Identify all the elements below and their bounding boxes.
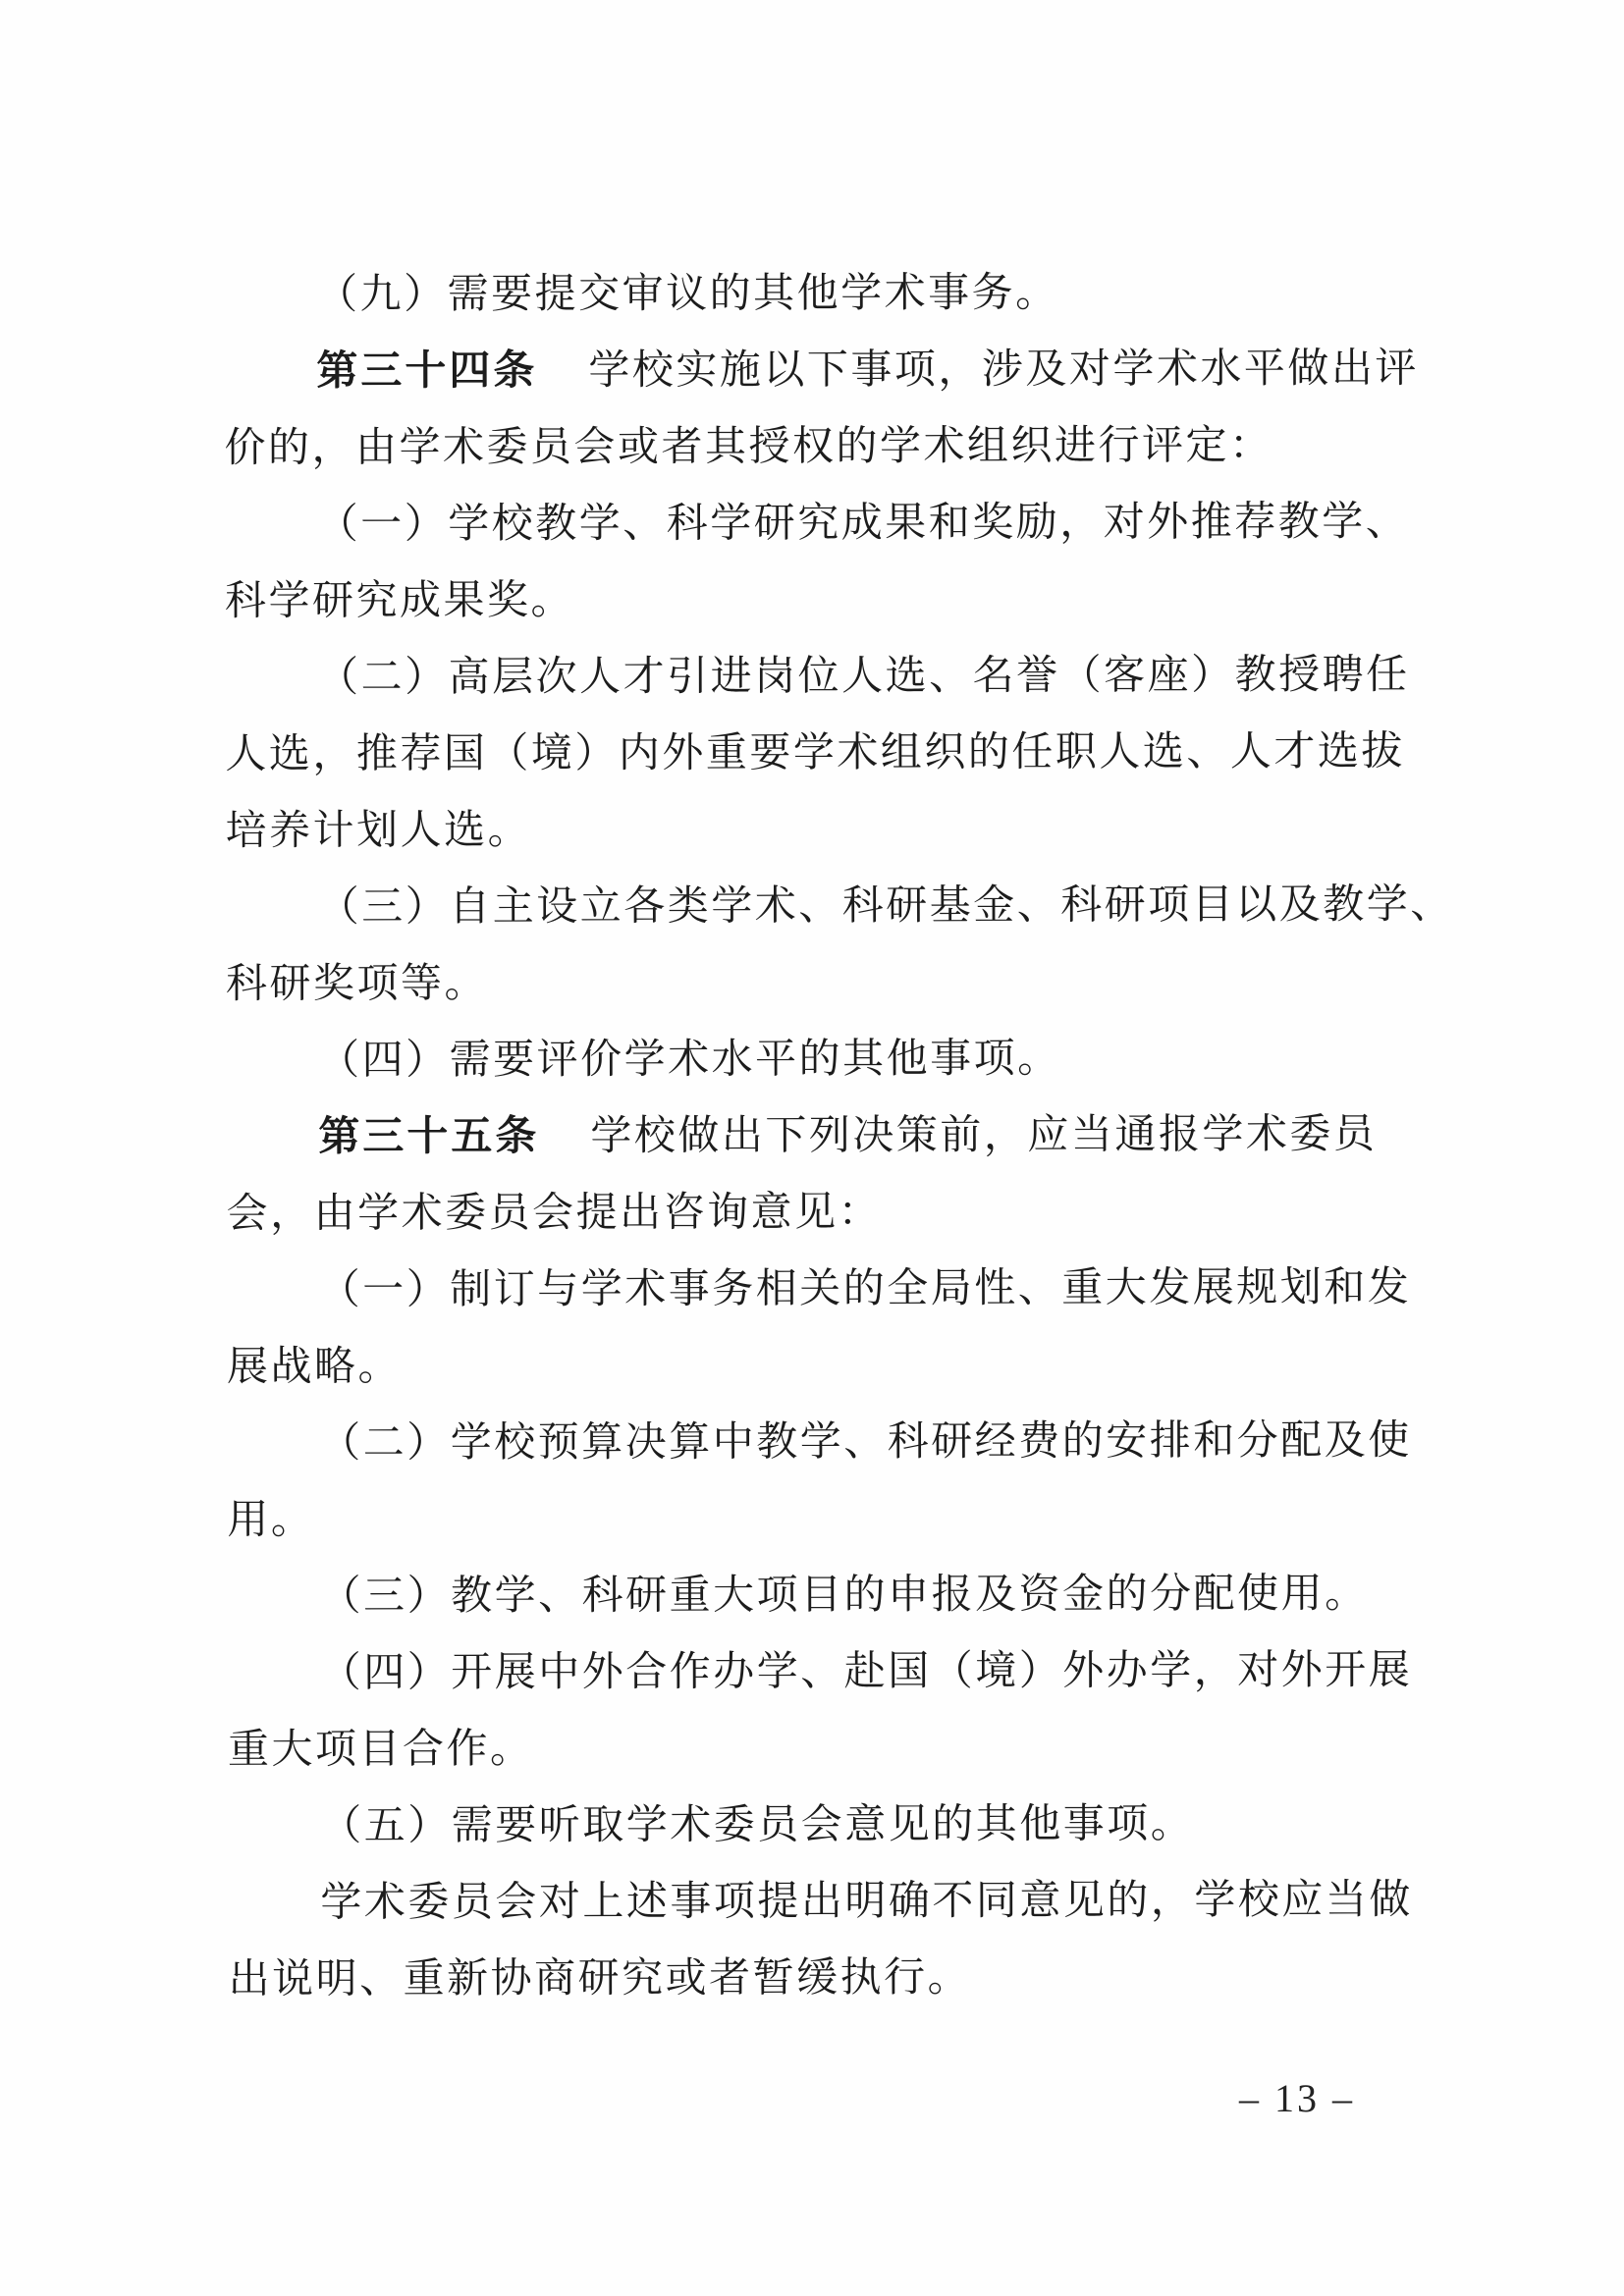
paragraph-line: 价的，由学术委员会或者其授权的学术组织进行评定： <box>224 407 1417 487</box>
paragraph-first-line: （九）需要提交审议的其他学术事务。 <box>224 254 1417 334</box>
paragraph-first-line: （五）需要听取学术委员会意见的其他事项。 <box>228 1786 1421 1865</box>
line-text: （四）开展中外合作办学、赴国（境）外办学，对外开展 <box>320 1648 1413 1696</box>
line-text: 价的，由学术委员会或者其授权的学术组织进行评定： <box>224 423 1272 471</box>
paragraph-line: 科学研究成果奖。 <box>225 561 1418 640</box>
paragraph-first-line: 学术委员会对上述事项提出明确不同意见的，学校应当做 <box>228 1862 1421 1942</box>
line-text: （九）需要提交审议的其他学术事务。 <box>316 271 1059 318</box>
line-text: 用。 <box>227 1498 314 1543</box>
line-text: 培养计划人选。 <box>225 808 531 854</box>
line-text: 重大项目合作。 <box>228 1727 534 1773</box>
line-text: 学校做出下列决策前，应当通报学术委员 <box>590 1112 1377 1159</box>
paragraph-first-line: 第三十五条学校做出下列决策前，应当通报学术委员 <box>226 1096 1419 1176</box>
paragraph-line: 会，由学术委员会提出咨询意见： <box>226 1173 1419 1253</box>
line-text: （五）需要听取学术委员会意见的其他事项。 <box>320 1801 1194 1848</box>
line-text: （二）高层次人才引进岗位人选、名誉（客座）教授聘任 <box>317 653 1410 701</box>
line-text: （三）教学、科研重大项目的申报及资金的分配使用。 <box>320 1572 1369 1620</box>
paragraph-first-line: （四）开展中外合作办学、赴国（境）外办学，对外开展 <box>228 1632 1421 1712</box>
document-body: （九）需要提交审议的其他学术事务。第三十四条学校实施以下事项，涉及对学术水平做出… <box>224 254 1422 2018</box>
paragraph-line: 用。 <box>227 1479 1420 1559</box>
paragraph-line: 培养计划人选。 <box>225 790 1418 870</box>
line-text: 人选，推荐国（境）内外重要学术组织的任职人选、人才选拔 <box>225 729 1405 777</box>
line-text: 会，由学术委员会提出咨询意见： <box>226 1190 882 1237</box>
article-number: 第三十四条 <box>316 348 537 395</box>
line-text: 展战略。 <box>227 1345 402 1390</box>
paragraph-first-line: （三）教学、科研重大项目的申报及资金的分配使用。 <box>227 1556 1420 1635</box>
line-text: 科研奖项等。 <box>226 961 488 1007</box>
paragraph-first-line: 第三十四条学校实施以下事项，涉及对学术水平做出评 <box>224 331 1417 410</box>
paragraph-line: 重大项目合作。 <box>228 1709 1421 1789</box>
line-text: 科学研究成果奖。 <box>225 578 574 624</box>
article-number: 第三十五条 <box>318 1114 539 1160</box>
paragraph-line: 展战略。 <box>227 1326 1420 1406</box>
paragraph-first-line: （二）高层次人才引进岗位人选、名誉（客座）教授聘任 <box>225 637 1418 717</box>
line-text: （三）自主设立各类学术、科研基金、科研项目以及教学、 <box>318 882 1454 931</box>
page-number: – 13 – <box>1239 2075 1355 2121</box>
paragraph-first-line: （一）制订与学术事务相关的全局性、重大发展规划和发 <box>227 1250 1420 1329</box>
line-text: （一）制订与学术事务相关的全局性、重大发展规划和发 <box>319 1265 1412 1313</box>
line-text: （一）学校教学、科学研究成果和奖励，对外推荐教学、 <box>317 500 1410 548</box>
paragraph-line: 出说明、重新协商研究或者暂缓执行。 <box>228 1939 1421 2018</box>
paragraph-first-line: （一）学校教学、科学研究成果和奖励，对外推荐教学、 <box>225 484 1418 563</box>
document-page: （九）需要提交审议的其他学术事务。第三十四条学校实施以下事项，涉及对学术水平做出… <box>0 0 1624 2296</box>
paragraph-line: 科研奖项等。 <box>226 943 1419 1023</box>
line-text: （二）学校预算决算中教学、科研经费的安排和分配及使 <box>319 1418 1412 1467</box>
paragraph-first-line: （二）学校预算决算中教学、科研经费的安排和分配及使 <box>227 1403 1420 1482</box>
line-text: （四）需要评价学术水平的其他事项。 <box>318 1037 1061 1084</box>
line-text: 学术委员会对上述事项提出明确不同意见的，学校应当做 <box>320 1878 1413 1926</box>
paragraph-first-line: （四）需要评价学术水平的其他事项。 <box>226 1020 1419 1099</box>
paragraph-first-line: （三）自主设立各类学术、科研基金、科研项目以及教学、 <box>226 867 1419 946</box>
line-text: 学校实施以下事项，涉及对学术水平做出评 <box>588 347 1419 394</box>
paragraph-line: 人选，推荐国（境）内外重要学术组织的任职人选、人才选拔 <box>225 714 1418 793</box>
line-text: 出说明、重新协商研究或者暂缓执行。 <box>229 1955 972 2002</box>
